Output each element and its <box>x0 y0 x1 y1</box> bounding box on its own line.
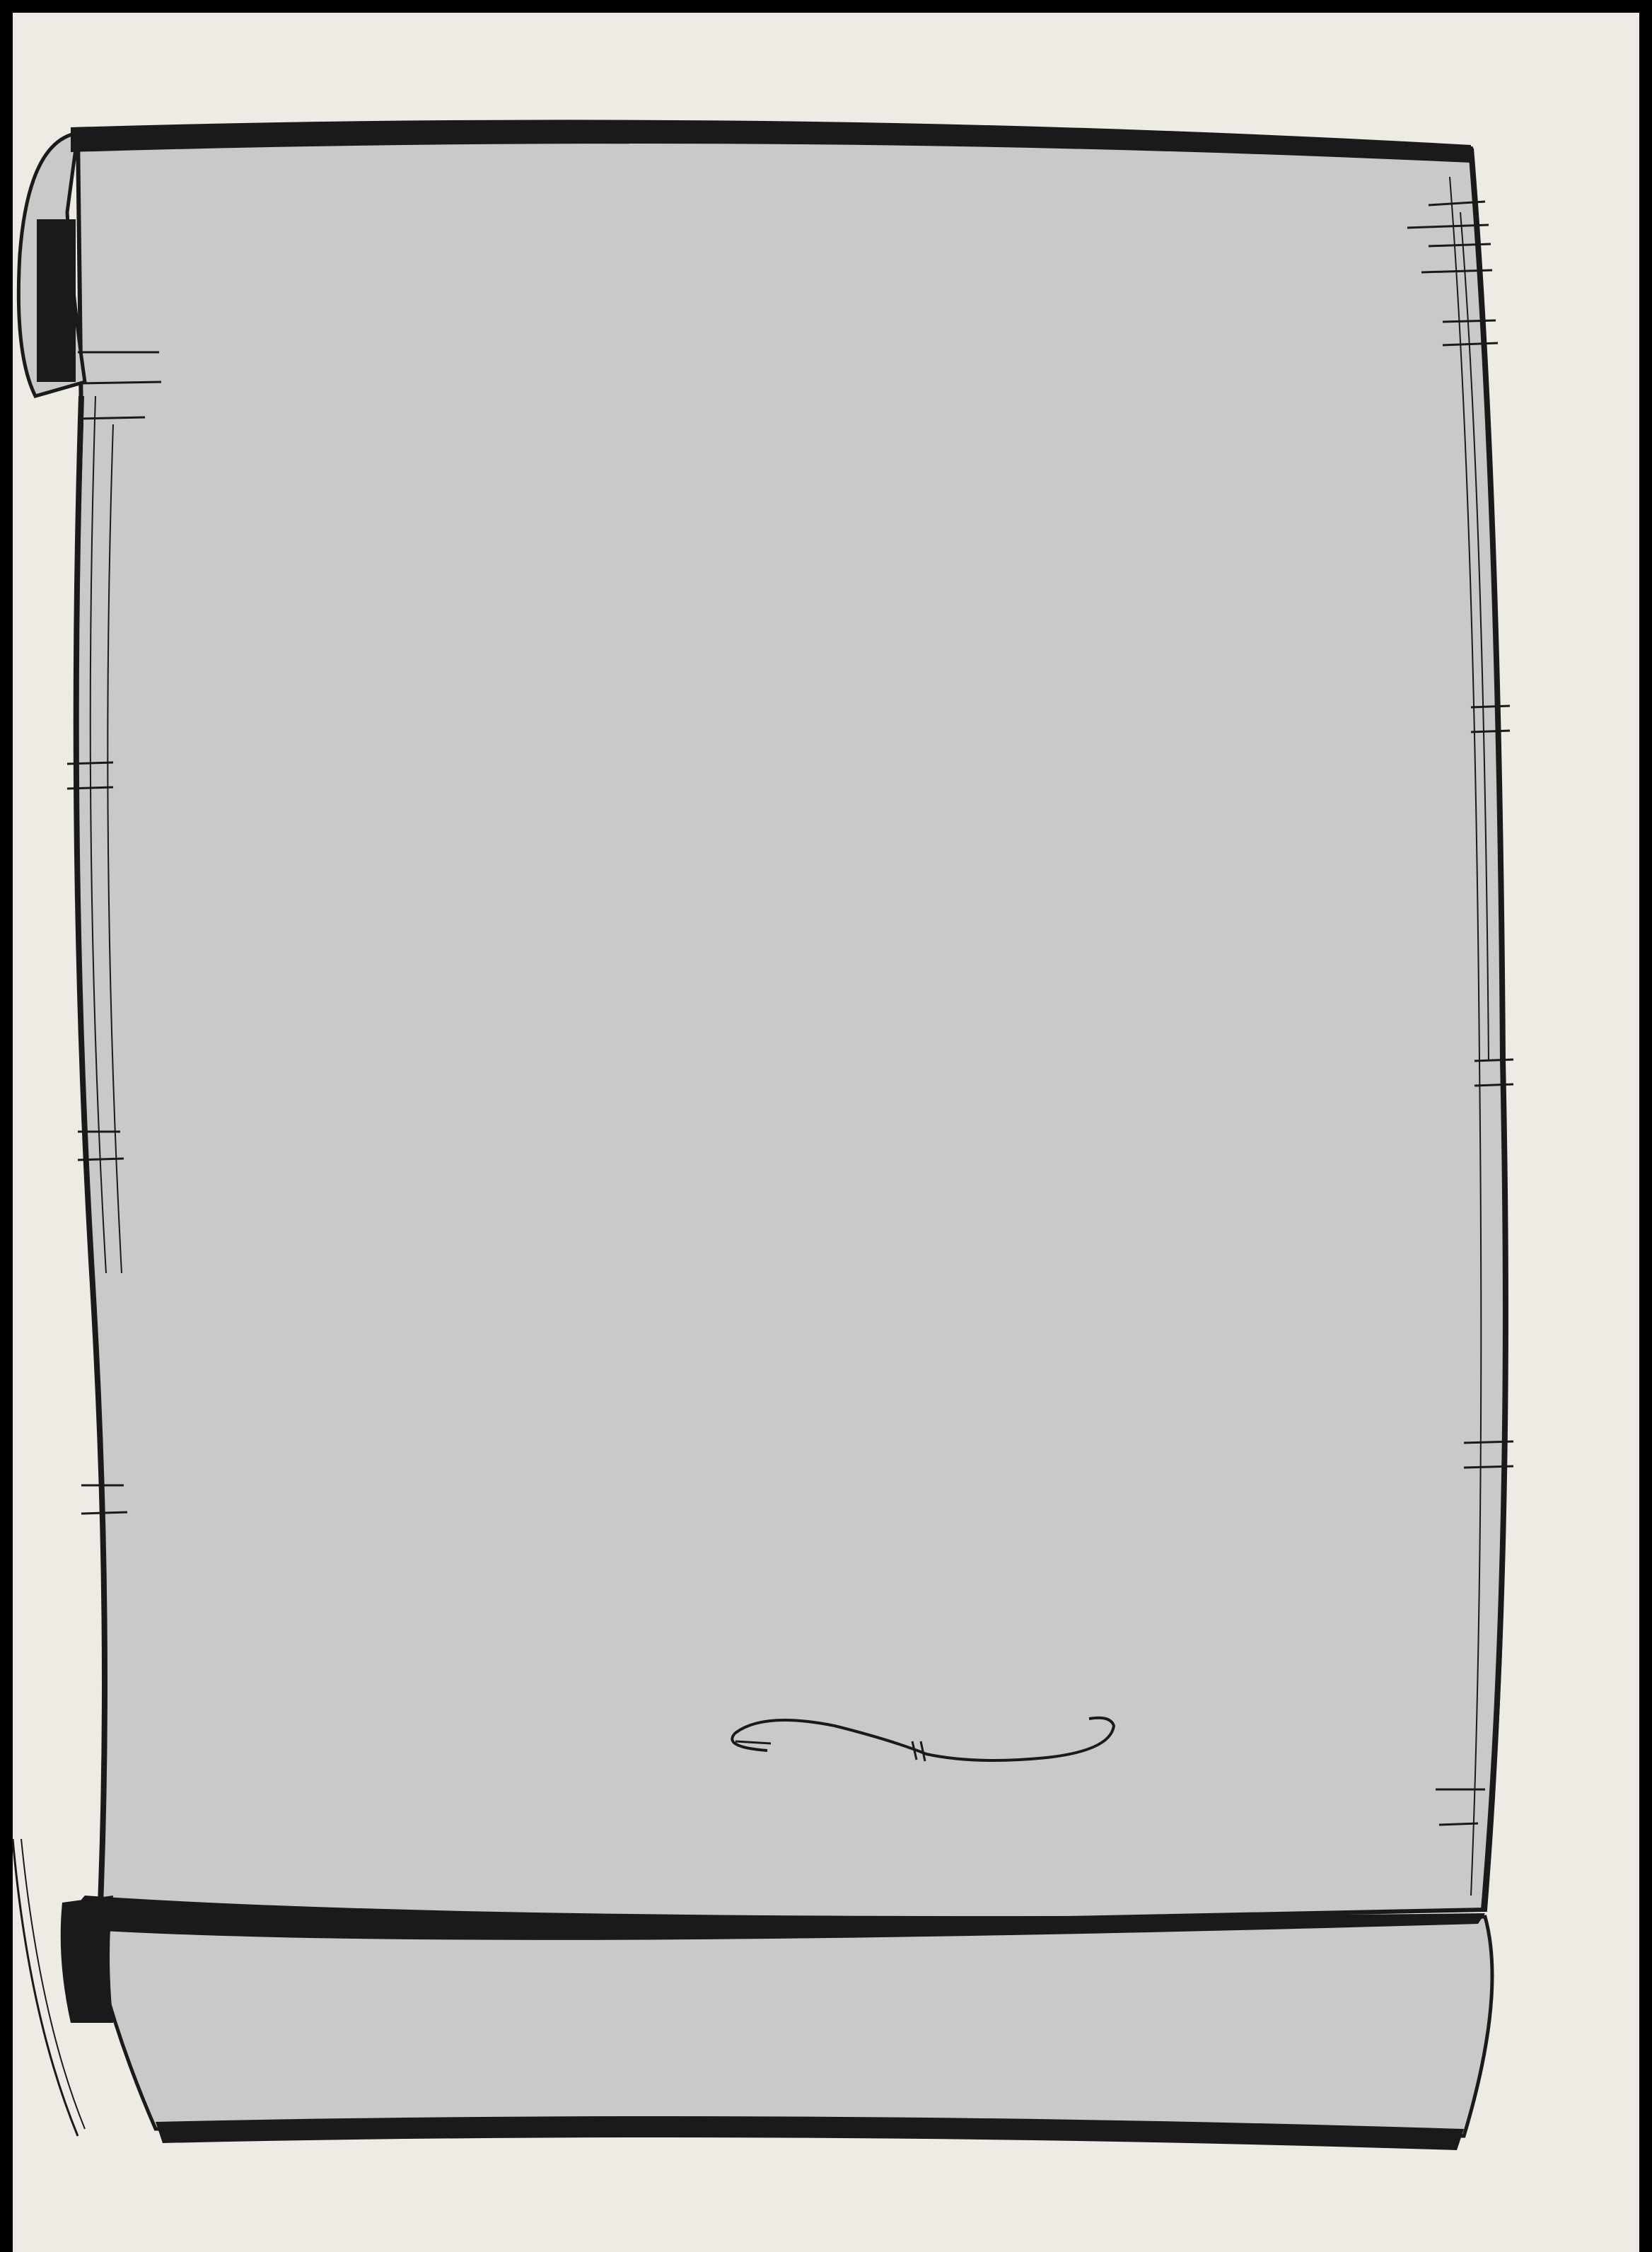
bottom-curl-shadow <box>61 1896 113 2023</box>
scroll-illustration <box>0 0 1652 2252</box>
top-curl-shadow <box>37 219 76 382</box>
scroll-body <box>76 129 1506 1938</box>
